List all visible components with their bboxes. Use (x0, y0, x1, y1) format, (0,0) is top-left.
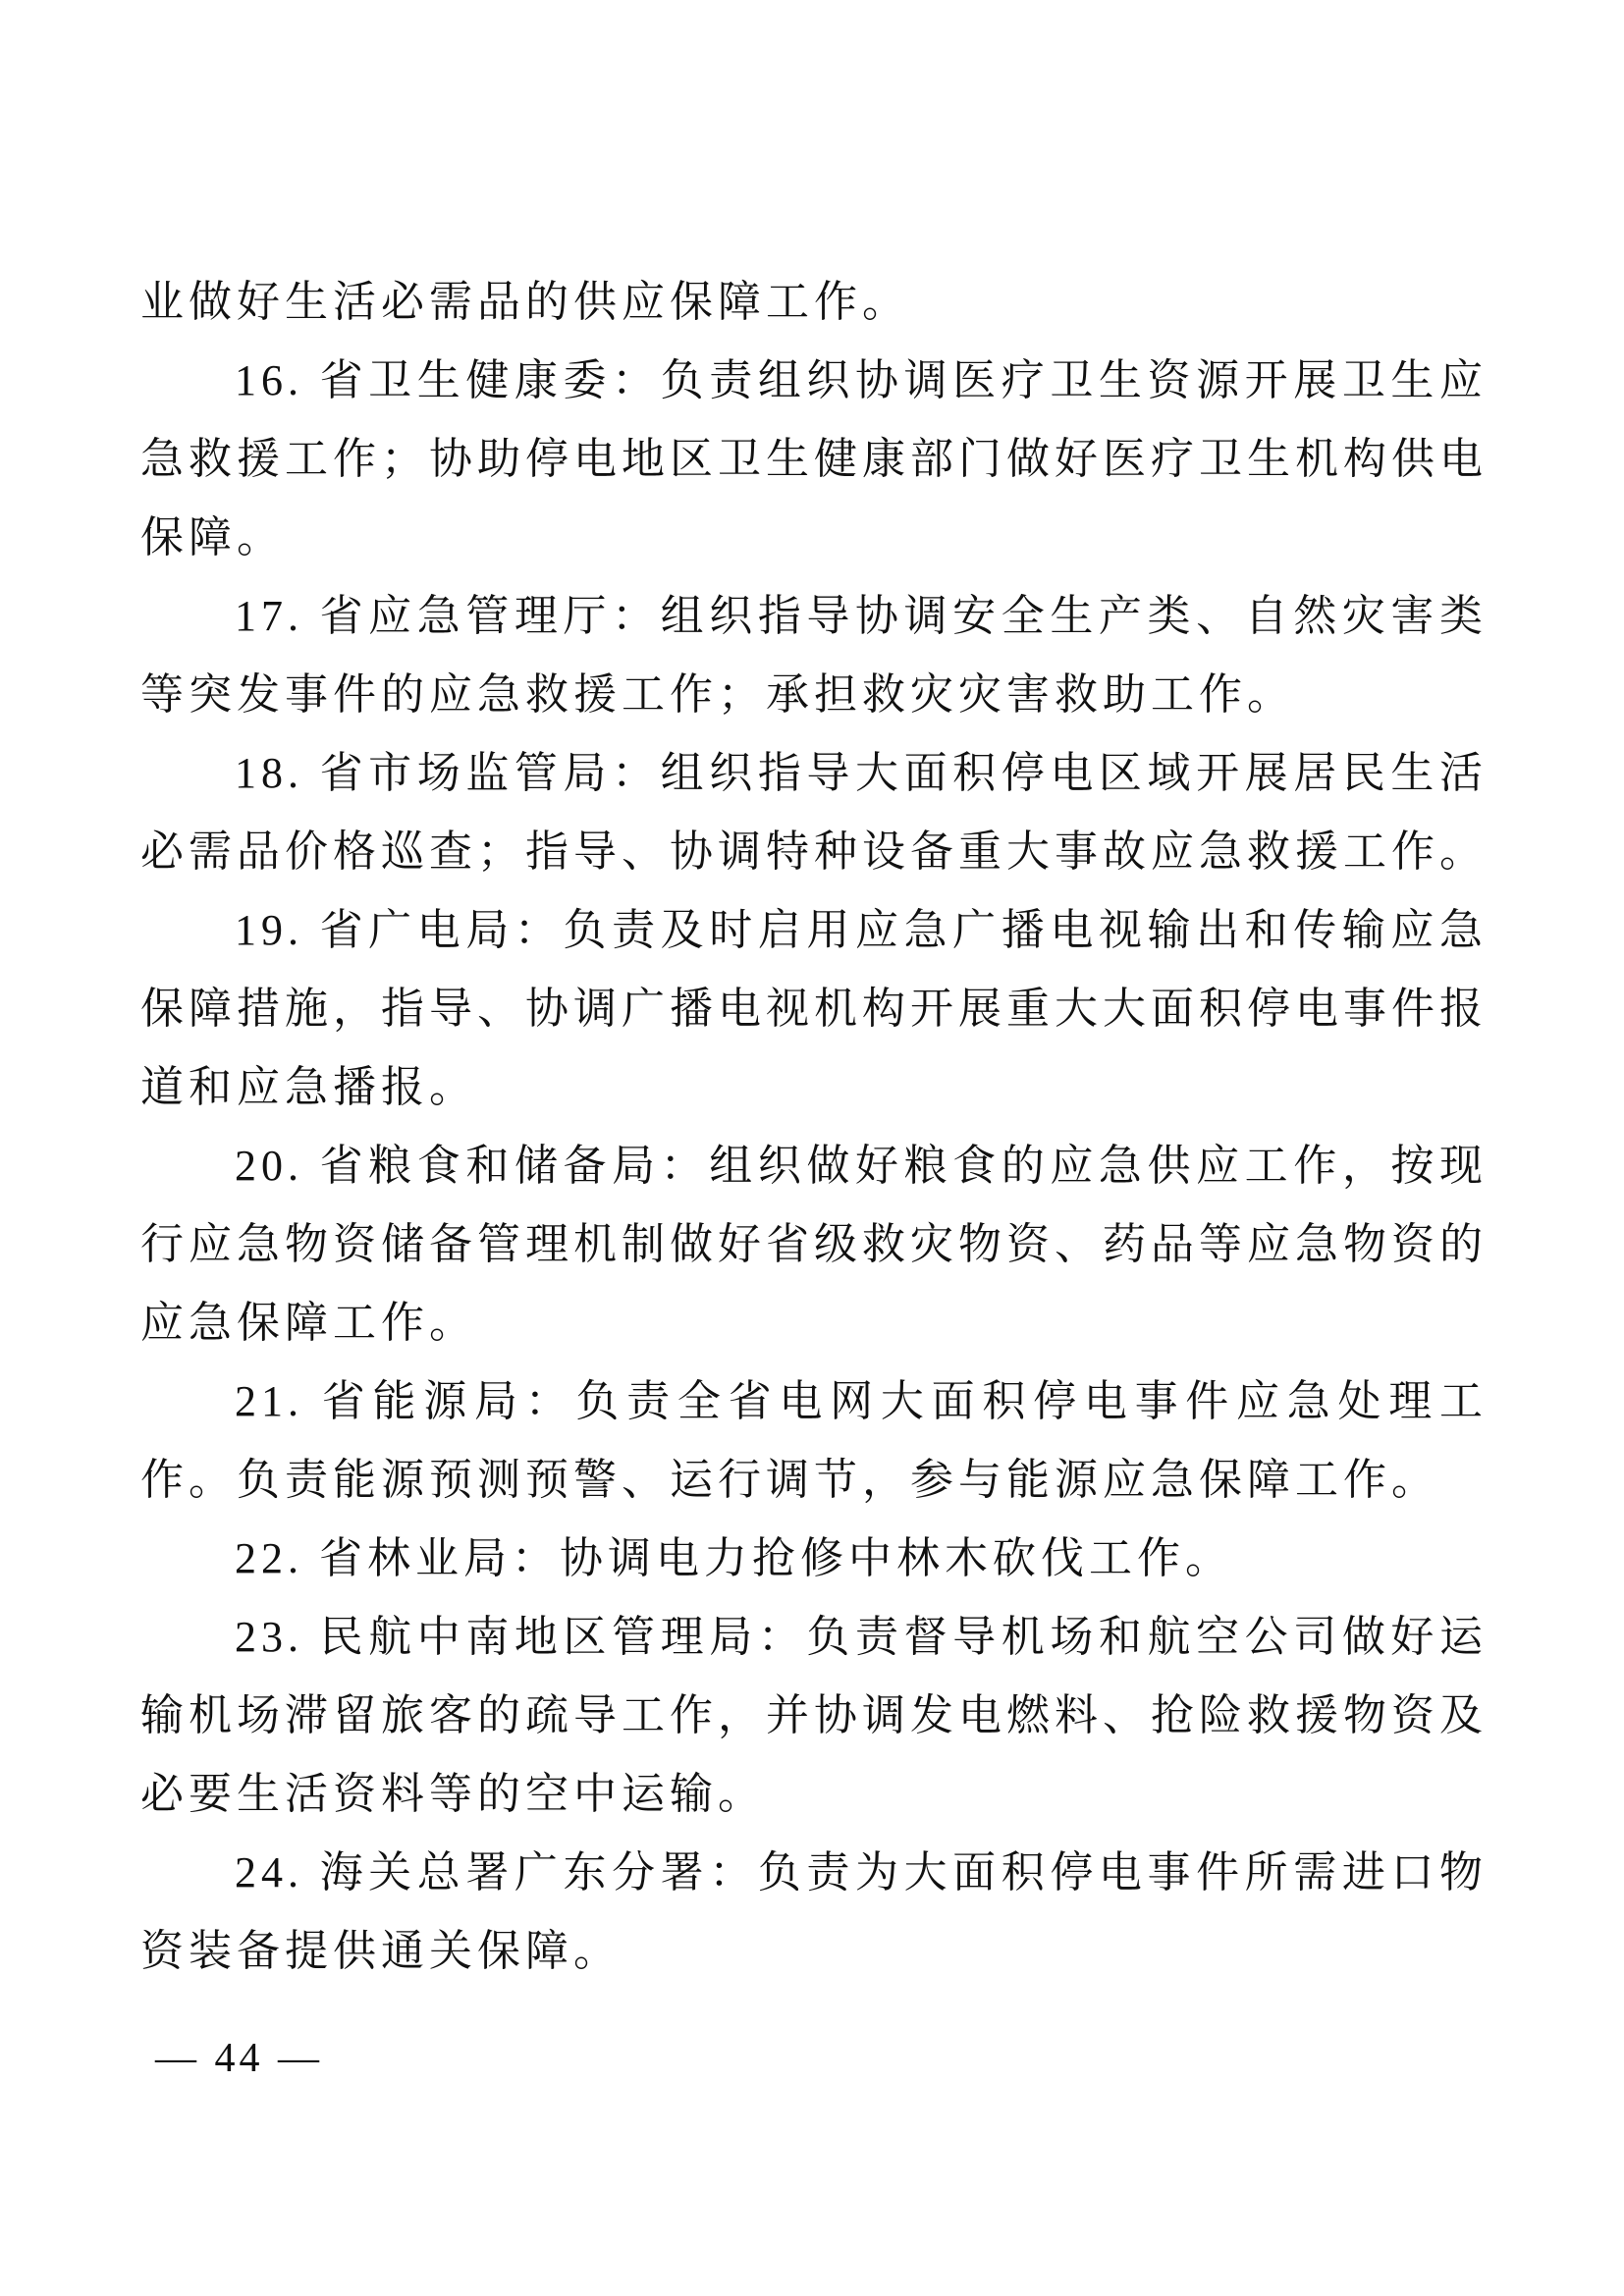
paragraph-item-23: 23. 民航中南地区管理局：负责督导机场和航空公司做好运输机场滞留旅客的疏导工作… (140, 1598, 1488, 1834)
paragraph-item-17: 17. 省应急管理厅：组织指导协调安全生产类、自然灾害类等突发事件的应急救援工作… (140, 577, 1488, 734)
paragraph-item-22: 22. 省林业局：协调电力抢修中林木砍伐工作。 (140, 1520, 1488, 1598)
paragraph-item-19: 19. 省广电局：负责及时启用应急广播电视输出和传输应急保障措施，指导、协调广播… (140, 891, 1488, 1127)
paragraph-item-18: 18. 省市场监管局：组织指导大面积停电区域开展居民生活必需品价格巡查；指导、协… (140, 734, 1488, 891)
paragraph-item-16: 16. 省卫生健康委：负责组织协调医疗卫生资源开展卫生应急救援工作；协助停电地区… (140, 342, 1488, 577)
document-body: 业做好生活必需品的供应保障工作。 16. 省卫生健康委：负责组织协调医疗卫生资源… (0, 0, 1624, 1991)
page-number: — 44 — (155, 2036, 323, 2081)
paragraph-item-24: 24. 海关总署广东分署：负责为大面积停电事件所需进口物资装备提供通关保障。 (140, 1834, 1488, 1991)
paragraph-item-21: 21. 省能源局：负责全省电网大面积停电事件应急处理工作。负责能源预测预警、运行… (140, 1362, 1488, 1520)
paragraph-continuation: 业做好生活必需品的供应保障工作。 (140, 263, 1488, 342)
page-footer: — 44 — (155, 2034, 323, 2083)
document-page: 业做好生活必需品的供应保障工作。 16. 省卫生健康委：负责组织协调医疗卫生资源… (0, 0, 1624, 2296)
paragraph-item-20: 20. 省粮食和储备局：组织做好粮食的应急供应工作，按现行应急物资储备管理机制做… (140, 1127, 1488, 1362)
